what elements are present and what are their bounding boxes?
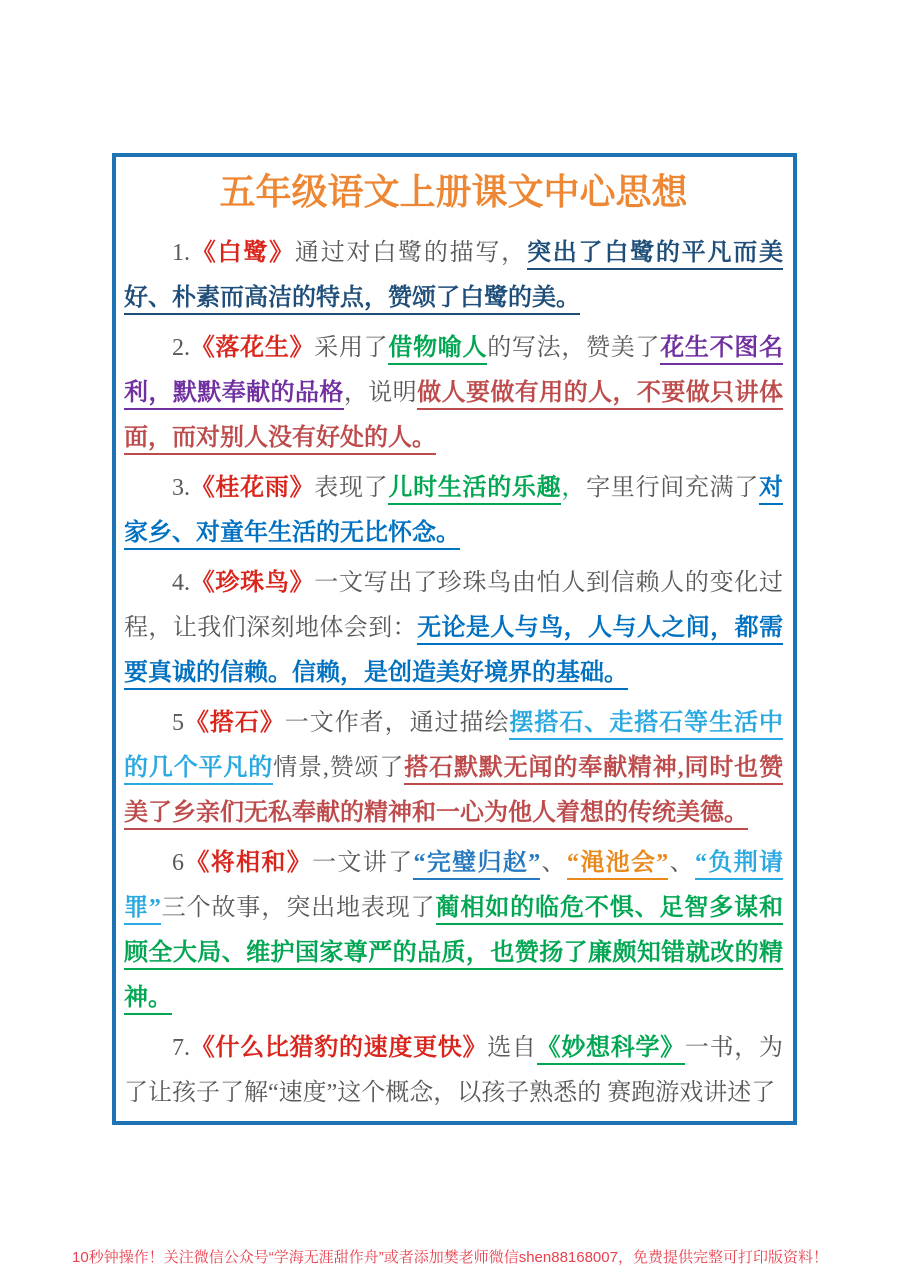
text-run: 情景,赞颂了	[273, 755, 404, 781]
text-run: 借物喻人	[388, 335, 487, 365]
text-run: ，	[561, 475, 586, 501]
text-run: 1.	[172, 240, 190, 266]
text-run: 表现了	[314, 475, 388, 501]
text-run: 2.	[172, 335, 190, 361]
text-run: 《将相和》	[184, 850, 312, 876]
paragraph-3-guihuayu: 3.《桂花雨》表现了儿时生活的乐趣，字里行间充满了对家乡、对童年生活的无比怀念。	[124, 466, 783, 556]
content-box: 五年级语文上册课文中心思想 1.《白鹭》通过对白鹭的描写，突出了白鹭的平凡而美好…	[112, 153, 797, 1125]
text-run: 3.	[172, 475, 190, 501]
text-run: 、	[668, 850, 695, 876]
text-run: “渑池会”	[567, 850, 668, 880]
text-run: 三个故事，突出地表现了	[161, 895, 436, 921]
paragraph-5-dashi: 5《搭石》一文作者，通过描绘摆搭石、走搭石等生活中的几个平凡的情景,赞颂了搭石默…	[124, 701, 783, 836]
text-run: 《落花生》	[190, 335, 314, 361]
text-run: 6	[172, 850, 184, 876]
text-run: 儿时生活的乐趣	[388, 475, 561, 505]
text-run: 《什么比猎豹的速度更快》	[190, 1035, 487, 1061]
text-run: 字里行间充满了	[586, 475, 759, 501]
text-run: “完璧归赵”	[413, 850, 540, 880]
text-run: 《珍珠鸟》	[190, 570, 314, 596]
text-run: 4.	[172, 570, 190, 596]
paragraph-2-luohuasheng: 2.《落花生》采用了借物喻人的写法，赞美了花生不图名利，默默奉献的品格，说明做人…	[124, 326, 783, 461]
text-run: 的写法，赞美了	[487, 335, 660, 361]
text-run: 一文作者，通过描绘	[285, 710, 510, 736]
text-run: 5	[172, 710, 184, 736]
text-run: 《桂花雨》	[190, 475, 314, 501]
text-run: ，说明	[344, 380, 417, 406]
paragraph-1-bailu: 1.《白鹭》通过对白鹭的描写，突出了白鹭的平凡而美好、朴素而高洁的特点，赞颂了白…	[124, 231, 783, 321]
text-run: 7.	[172, 1035, 190, 1061]
paragraph-4-zhenzhuniao: 4.《珍珠鸟》一文写出了珍珠鸟由怕人到信赖人的变化过程，让我们深刻地体会到：无论…	[124, 561, 783, 696]
text-run: 《白鹭》	[190, 240, 295, 266]
page-title: 五年级语文上册课文中心思想	[124, 169, 783, 215]
paragraph-6-jiangxianghe: 6《将相和》一文讲了“完璧归赵”、“渑池会”、“负荆请罪”三个故事，突出地表现了…	[124, 841, 783, 1021]
text-run: 《妙想科学》	[537, 1035, 685, 1065]
text-run: 《搭石》	[184, 710, 285, 736]
footer-note: 10秒钟操作！关注微信公众号“学海无涯甜作舟”或者添加樊老师微信shen8816…	[0, 1246, 900, 1267]
text-run: 通过对白鹭的描写，	[295, 240, 527, 266]
text-run: 采用了	[314, 335, 388, 361]
text-run: 选自	[487, 1035, 536, 1061]
paragraph-7-liebao: 7.《什么比猎豹的速度更快》选自《妙想科学》一书，为了让孩子了解“速度”这个概念…	[124, 1026, 783, 1116]
text-run: 一文讲了	[312, 850, 413, 876]
text-run: 、	[540, 850, 567, 876]
